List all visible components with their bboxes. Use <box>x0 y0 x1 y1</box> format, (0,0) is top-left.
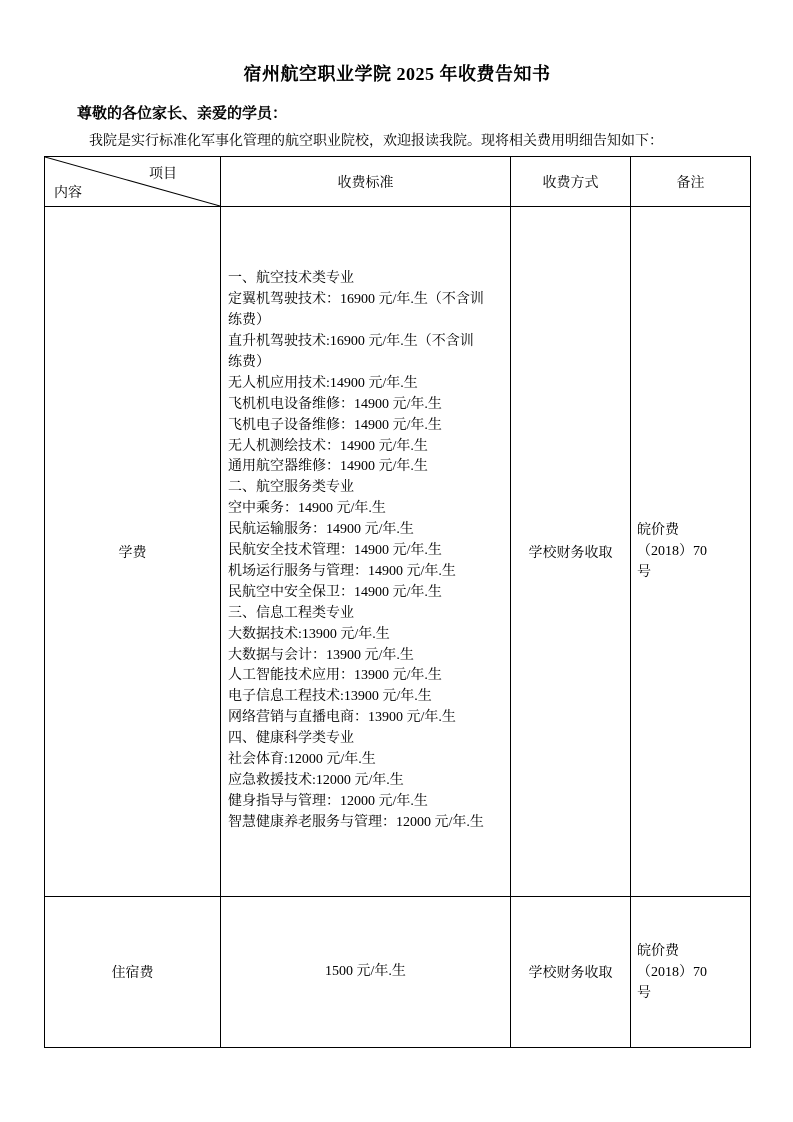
table-row-accommodation: 住宿费 1500 元/年.生 学校财务收取 皖价费 （2018）70 号 <box>45 897 751 1048</box>
intro-paragraph: 我院是实行标准化军事化管理的航空职业院校，欢迎报读我院。现将相关费用明细告知如下… <box>89 130 750 150</box>
table-header-row: 项目 内容 收费标准 收费方式 备注 <box>45 157 751 207</box>
header-cell-item-content: 项目 内容 <box>45 157 221 207</box>
accommodation-item-label: 住宿费 <box>45 897 221 1048</box>
document-page: 宿州航空职业学院 2025 年收费告知书 尊敬的各位家长、亲爱的学员： 我院是实… <box>0 0 793 1122</box>
header-remark: 备注 <box>631 157 751 207</box>
header-fee-method: 收费方式 <box>511 157 631 207</box>
salutation-line: 尊敬的各位家长、亲爱的学员： <box>77 102 750 123</box>
tuition-fee-standard: 一、航空技术类专业 定翼机驾驶技术：16900 元/年.生（不含训 练费） 直升… <box>221 207 511 897</box>
accommodation-fee-method: 学校财务收取 <box>511 897 631 1048</box>
tuition-remark: 皖价费 （2018）70 号 <box>631 207 751 897</box>
tuition-fee-method: 学校财务收取 <box>511 207 631 897</box>
header-fee-standard: 收费标准 <box>221 157 511 207</box>
tuition-item-label: 学费 <box>45 207 221 897</box>
header-item-label: 项目 <box>149 163 177 183</box>
page-title: 宿州航空职业学院 2025 年收费告知书 <box>44 60 750 86</box>
table-row-tuition: 学费 一、航空技术类专业 定翼机驾驶技术：16900 元/年.生（不含训 练费）… <box>45 207 751 897</box>
fee-table: 项目 内容 收费标准 收费方式 备注 学费 一、航空技术类专业 定翼机驾驶技术：… <box>44 156 751 1048</box>
accommodation-remark: 皖价费 （2018）70 号 <box>631 897 751 1048</box>
accommodation-fee-standard: 1500 元/年.生 <box>221 897 511 1048</box>
header-content-label: 内容 <box>54 182 82 202</box>
